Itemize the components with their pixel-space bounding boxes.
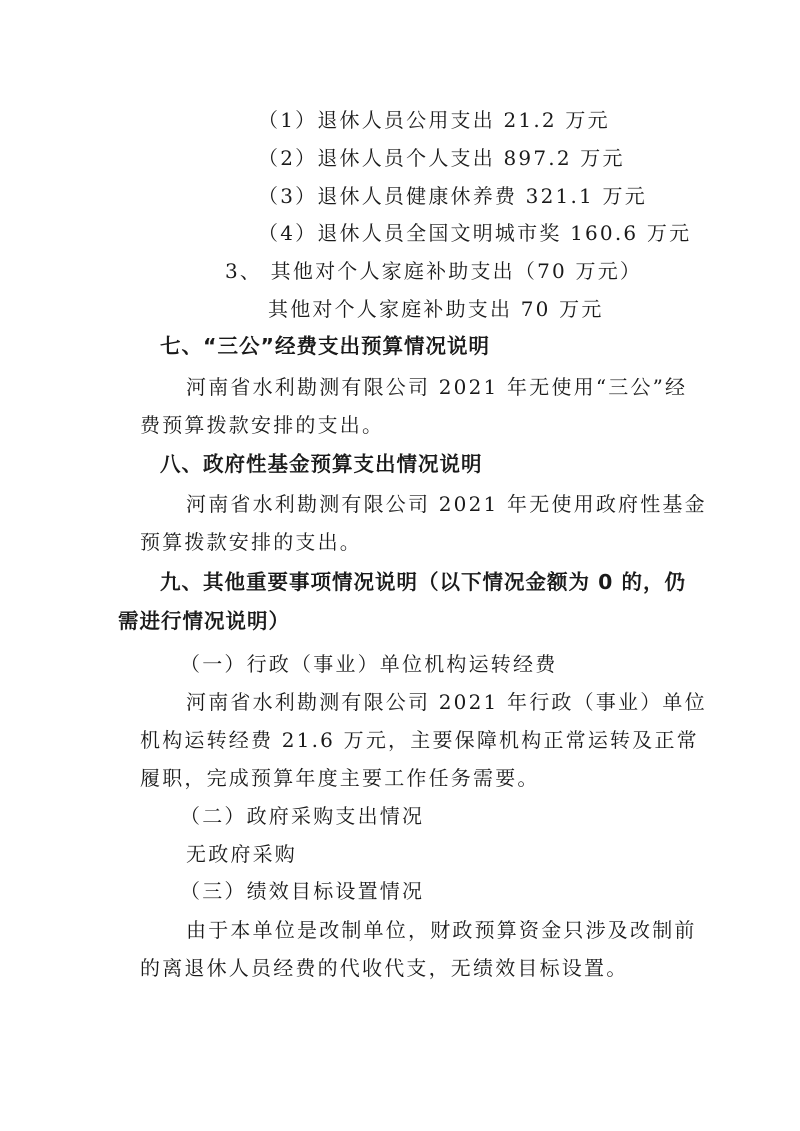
- item-text: 退休人员公用支出 21.2 万元: [317, 108, 609, 132]
- item-number: （2）: [258, 146, 317, 170]
- subsection1-line2: 机构运转经费 21.6 万元，主要保障机构正常运转及正常: [140, 728, 678, 752]
- subsection1-line3: 履职，完成预算年度主要工作任务需要。: [140, 766, 540, 790]
- subsection2-body: 无政府采购: [186, 842, 297, 866]
- section9-heading-line1: 九、其他重要事项情况说明（以下情况金额为 0 的，仍: [160, 570, 678, 594]
- item-text: 退休人员个人支出 897.2 万元: [317, 146, 624, 170]
- section9-heading-line2: 需进行情况说明）: [118, 609, 290, 633]
- item-number: （4）: [258, 221, 317, 245]
- section7-paragraph-line2: 费预算拨款安排的支出。: [140, 413, 384, 437]
- subsection3-heading: （三）绩效目标设置情况: [180, 879, 424, 903]
- item3-heading: 3、 其他对个人家庭补助支出（70 万元）: [225, 259, 642, 283]
- retiree-item-4: （4）退休人员全国文明城市奖 160.6 万元: [258, 221, 691, 245]
- section7-paragraph-line1: 河南省水利勘测有限公司 2021 年无使用“三公”经: [186, 375, 678, 399]
- item-text: 退休人员全国文明城市奖 160.6 万元: [317, 221, 691, 245]
- section8-paragraph-line2: 预算拨款安排的支出。: [140, 530, 362, 554]
- subsection1-line1: 河南省水利勘测有限公司 2021 年行政（事业）单位: [186, 690, 678, 714]
- retiree-item-1: （1）退休人员公用支出 21.2 万元: [258, 108, 610, 132]
- section8-paragraph-line1: 河南省水利勘测有限公司 2021 年无使用政府性基金: [186, 492, 678, 516]
- section7-heading: 七、“三公”经费支出预算情况说明: [160, 334, 490, 358]
- item-number: （3）: [258, 184, 317, 208]
- subsection1-heading: （一）行政（事业）单位机构运转经费: [180, 652, 557, 676]
- item3-detail: 其他对个人家庭补助支出 70 万元: [268, 297, 604, 321]
- retiree-item-2: （2）退休人员个人支出 897.2 万元: [258, 146, 625, 170]
- subsection3-line2: 的离退休人员经费的代收代支，无绩效目标设置。: [140, 956, 628, 980]
- item-text: 退休人员健康休养费 321.1 万元: [317, 184, 647, 208]
- item-number: （1）: [258, 108, 317, 132]
- subsection3-line1: 由于本单位是改制单位，财政预算资金只涉及改制前: [186, 918, 678, 942]
- section8-heading: 八、政府性基金预算支出情况说明: [160, 452, 483, 476]
- retiree-item-3: （3）退休人员健康休养费 321.1 万元: [258, 184, 647, 208]
- subsection2-heading: （二）政府采购支出情况: [180, 804, 424, 828]
